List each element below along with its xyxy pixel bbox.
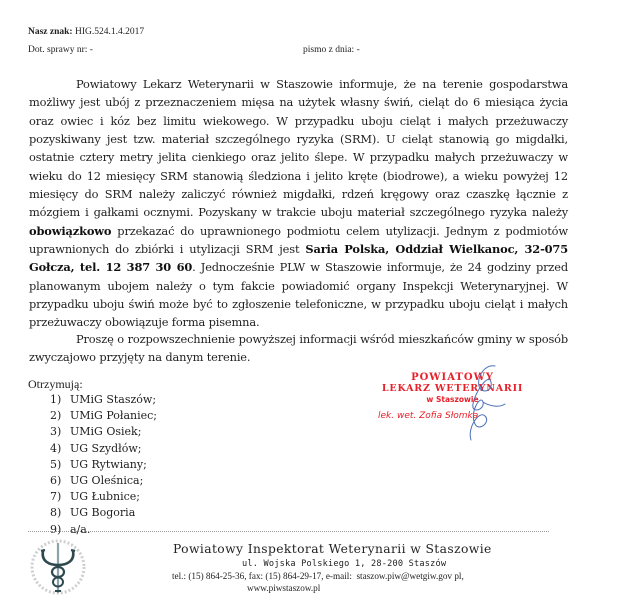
recipient-number: 3) [50, 424, 70, 440]
footer-phone-fax: tel.: (15) 864-25-36, fax: (15) 864-29-1… [172, 571, 352, 581]
recipient-items: 1)UMiG Staszów;2)UMiG Połaniec;3)UMiG Os… [28, 392, 157, 538]
recipient-item: 1)UMiG Staszów; [50, 392, 157, 408]
reference-label: Nasz znak: [28, 27, 73, 37]
recipient-number: 4) [50, 441, 70, 457]
case-value: - [90, 45, 93, 55]
recipient-name: a/a. [70, 523, 90, 536]
mandatory-emphasis: obowiązkowo [29, 224, 111, 238]
recipient-name: UG Szydłów; [70, 442, 141, 455]
recipient-number: 5) [50, 457, 70, 473]
footer-organization: Powiatowy Inspektorat Weterynarii w Stas… [173, 542, 492, 556]
recipient-item: 9)a/a. [50, 522, 157, 538]
recipient-item: 7)UG Łubnice; [50, 489, 157, 505]
recipients-list: Otrzymują: 1)UMiG Staszów;2)UMiG Połanie… [28, 376, 157, 538]
case-number: Dot. sprawy nr: - [28, 45, 93, 55]
recipient-item: 5)UG Rytwiany; [50, 457, 157, 473]
footer-contact: tel.: (15) 864-25-36, fax: (15) 864-29-1… [172, 571, 464, 581]
recipient-item: 4)UG Szydłów; [50, 441, 157, 457]
recipient-item: 6)UG Oleśnica; [50, 473, 157, 489]
recipient-name: UMiG Połaniec; [70, 409, 157, 422]
footer-address: ul. Wojska Polskiego 1, 28-200 Staszów [242, 559, 446, 569]
recipient-name: UG Oleśnica; [70, 474, 143, 487]
recipient-item: 8)UG Bogoria [50, 505, 157, 521]
paragraph-text: Powiatowy Lekarz Weterynarii w Staszowie… [29, 77, 568, 219]
recipient-name: UG Rytwiany; [70, 458, 147, 471]
caduceus-icon [27, 537, 89, 597]
announcement-paragraph: Powiatowy Lekarz Weterynarii w Staszowie… [29, 75, 568, 332]
footer-website: www.piwstaszow.pl [247, 583, 320, 593]
case-label: Dot. sprawy nr: [28, 45, 87, 55]
letter-date: pismo z dnia: - [303, 45, 360, 55]
recipient-number: 2) [50, 408, 70, 424]
recipient-number: 1) [50, 392, 70, 408]
recipient-number: 7) [50, 489, 70, 505]
recipient-name: UMiG Staszów; [70, 393, 156, 406]
reference-number: Nasz znak: HIG.524.1.4.2017 [28, 27, 144, 37]
recipients-title: Otrzymują: [28, 376, 157, 392]
recipient-item: 3)UMiG Osiek; [50, 424, 157, 440]
recipient-name: UG Bogoria [70, 506, 135, 519]
handwritten-signature-icon [455, 362, 515, 444]
recipient-item: 2)UMiG Połaniec; [50, 408, 157, 424]
recipient-name: UMiG Osiek; [70, 425, 141, 438]
recipient-number: 8) [50, 505, 70, 521]
letter-date-label: pismo z dnia: [303, 45, 354, 55]
footer-divider [28, 531, 549, 532]
letter-date-value: - [357, 45, 360, 55]
paragraph-text: Proszę o rozpowszechnienie powyższej inf… [29, 332, 568, 364]
recipient-number: 6) [50, 473, 70, 489]
footer-website-link[interactable]: www.piwstaszow.pl [247, 583, 320, 593]
recipient-number: 9) [50, 522, 70, 538]
footer-email-link[interactable]: staszow.piw@wetgiw.gov pl, [356, 571, 463, 581]
recipient-name: UG Łubnice; [70, 490, 140, 503]
reference-value: HIG.524.1.4.2017 [75, 27, 144, 37]
